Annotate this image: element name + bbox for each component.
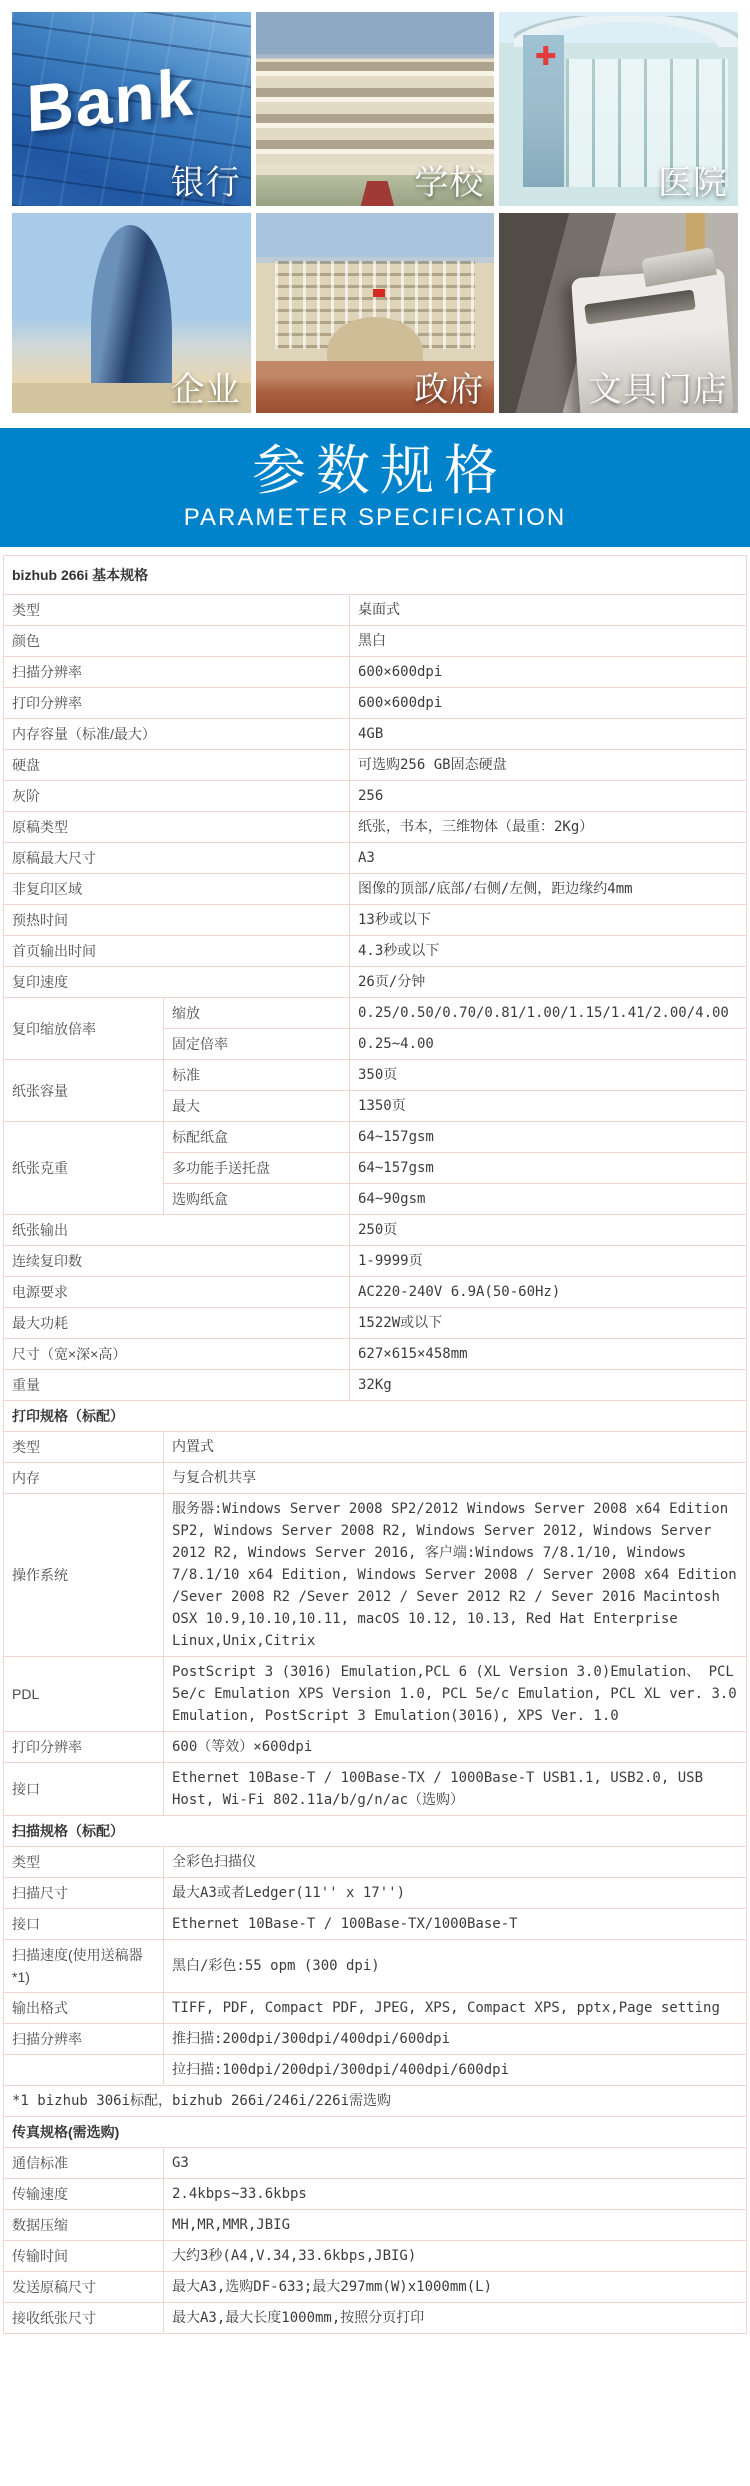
spec-table: bizhub 266i 基本规格类型桌面式颜色黑白扫描分辨率600×600dpi… xyxy=(3,555,747,2334)
scene-label: 企业 xyxy=(171,372,241,409)
section-title-row: 打印规格（标配） xyxy=(4,1401,747,1432)
spec-label-cell: 复印速度 xyxy=(4,967,350,998)
spec-label-cell: 扫描分辨率 xyxy=(4,657,350,688)
spec-row: 类型内置式 xyxy=(4,1432,747,1463)
scene-tile-enterprise: 企业 xyxy=(12,213,251,413)
spec-label-cell: 输出格式 xyxy=(4,1993,164,2024)
section-title: 传真规格(需选购) xyxy=(4,2117,747,2148)
spec-row: 扫描分辨率600×600dpi xyxy=(4,657,747,688)
spec-label-cell: 尺寸（宽×深×高） xyxy=(4,1339,350,1370)
spec-sublabel-cell: 最大 xyxy=(164,1091,350,1122)
spec-label-cell: 接口 xyxy=(4,1909,164,1940)
spec-value-cell: Ethernet 10Base-T / 100Base-TX / 1000Bas… xyxy=(164,1763,747,1816)
spec-row: 接口Ethernet 10Base-T / 100Base-TX/1000Bas… xyxy=(4,1909,747,1940)
spec-label-cell: 通信标准 xyxy=(4,2148,164,2179)
spec-value-cell: 600×600dpi xyxy=(350,688,747,719)
spec-label-cell: 扫描尺寸 xyxy=(4,1878,164,1909)
spec-row: 复印速度26页/分钟 xyxy=(4,967,747,998)
scene-label: 医院 xyxy=(658,165,728,202)
usage-scenes-grid: Bank银行学校✚医院企业政府文具门店 xyxy=(0,0,750,413)
spec-label-cell xyxy=(4,2055,164,2086)
spec-row: 操作系统服务器:Windows Server 2008 SP2/2012 Win… xyxy=(4,1494,747,1657)
spec-label-cell: 电源要求 xyxy=(4,1277,350,1308)
spec-label-cell: 硬盘 xyxy=(4,750,350,781)
scene-label: 文具门店 xyxy=(588,372,728,409)
section-title: 扫描规格（标配） xyxy=(4,1816,747,1847)
spec-row: 灰阶256 xyxy=(4,781,747,812)
spec-label-cell: 颜色 xyxy=(4,626,350,657)
spec-value-cell: 最大A3,选购DF-633;最大297mm(W)x1000mm(L) xyxy=(164,2272,747,2303)
spec-row: 内存与复合机共享 xyxy=(4,1463,747,1494)
spec-row: 纸张克重标配纸盒64~157gsm xyxy=(4,1122,747,1153)
banner-title: 参数规格 xyxy=(242,443,508,500)
spec-value-cell: 桌面式 xyxy=(350,595,747,626)
bottom-whitespace xyxy=(0,2334,750,2370)
spec-value-cell: 13秒或以下 xyxy=(350,905,747,936)
spec-value-cell: MH,MR,MMR,JBIG xyxy=(164,2210,747,2241)
spec-row: 非复印区域图像的顶部/底部/右侧/左侧，距边缘约4mm xyxy=(4,874,747,905)
spec-row: 原稿最大尺寸A3 xyxy=(4,843,747,874)
spec-row: 扫描分辨率推扫描:200dpi/300dpi/400dpi/600dpi xyxy=(4,2024,747,2055)
school-bands-shape xyxy=(256,62,495,163)
spec-sublabel-cell: 缩放 xyxy=(164,998,350,1029)
spec-row: 数据压缩MH,MR,MMR,JBIG xyxy=(4,2210,747,2241)
spec-row: 原稿类型纸张，书本，三维物体（最重：2Kg） xyxy=(4,812,747,843)
spec-value-cell: 4.3秒或以下 xyxy=(350,936,747,967)
spec-value-cell: 1350页 xyxy=(350,1091,747,1122)
spec-value-cell: 大约3秒(A4,V.34,33.6kbps,JBIG) xyxy=(164,2241,747,2272)
spec-label-cell: 灰阶 xyxy=(4,781,350,812)
scene-tile-gov: 政府 xyxy=(256,213,495,413)
spec-label-cell: 传输速度 xyxy=(4,2179,164,2210)
spec-row: 预热时间13秒或以下 xyxy=(4,905,747,936)
spec-label-cell: 打印分辨率 xyxy=(4,688,350,719)
spec-value-cell: 0.25~4.00 xyxy=(350,1029,747,1060)
spec-label-cell: 接口 xyxy=(4,1763,164,1816)
scene-label: 学校 xyxy=(414,165,484,202)
spec-sublabel-cell: 标配纸盒 xyxy=(164,1122,350,1153)
spec-value-cell: 64~157gsm xyxy=(350,1122,747,1153)
spec-value-cell: 600（等效）×600dpi xyxy=(164,1732,747,1763)
spec-row: 类型全彩色扫描仪 xyxy=(4,1847,747,1878)
product-spec-page: Bank银行学校✚医院企业政府文具门店 参数规格 PARAMETER SPECI… xyxy=(0,0,750,2370)
spec-value-cell: 64~157gsm xyxy=(350,1153,747,1184)
spec-value-cell: 内置式 xyxy=(164,1432,747,1463)
spec-value-cell: G3 xyxy=(164,2148,747,2179)
spec-value-cell: 全彩色扫描仪 xyxy=(164,1847,747,1878)
spec-value-cell: PostScript 3 (3016) Emulation,PCL 6 (XL … xyxy=(164,1657,747,1732)
spec-row: 首页输出时间4.3秒或以下 xyxy=(4,936,747,967)
section-title-row: 传真规格(需选购) xyxy=(4,2117,747,2148)
spec-row: 纸张输出250页 xyxy=(4,1215,747,1246)
spec-value-cell: 黑白/彩色:55 opm (300 dpi) xyxy=(164,1940,747,1993)
spec-value-cell: 600×600dpi xyxy=(350,657,747,688)
spec-label-cell: 类型 xyxy=(4,595,350,626)
spec-label-cell: 原稿最大尺寸 xyxy=(4,843,350,874)
spec-row: 打印分辨率600（等效）×600dpi xyxy=(4,1732,747,1763)
spec-value-cell: 最大A3,最大长度1000mm,按照分页打印 xyxy=(164,2303,747,2334)
spec-label-cell: 发送原稿尺寸 xyxy=(4,2272,164,2303)
spec-label-cell: 纸张克重 xyxy=(4,1122,164,1215)
spec-label-cell: 纸张容量 xyxy=(4,1060,164,1122)
spec-row: 拉扫描:100dpi/200dpi/300dpi/400dpi/600dpi xyxy=(4,2055,747,2086)
spec-label-cell: 数据压缩 xyxy=(4,2210,164,2241)
spec-row: 传输速度2.4kbps~33.6kbps xyxy=(4,2179,747,2210)
spec-label-cell: 非复印区域 xyxy=(4,874,350,905)
spec-row: 电源要求AC220-240V 6.9A(50-60Hz) xyxy=(4,1277,747,1308)
spec-value-cell: 256 xyxy=(350,781,747,812)
spec-row: 发送原稿尺寸最大A3,选购DF-633;最大297mm(W)x1000mm(L) xyxy=(4,2272,747,2303)
section-title-row: bizhub 266i 基本规格 xyxy=(4,556,747,595)
spec-label-cell: 传输时间 xyxy=(4,2241,164,2272)
spec-value-cell: 推扫描:200dpi/300dpi/400dpi/600dpi xyxy=(164,2024,747,2055)
spec-row: 重量32Kg xyxy=(4,1370,747,1401)
spec-value-cell: 纸张，书本，三维物体（最重：2Kg） xyxy=(350,812,747,843)
spec-label-cell: 打印分辨率 xyxy=(4,1732,164,1763)
spec-value-cell: TIFF, PDF, Compact PDF, JPEG, XPS, Compa… xyxy=(164,1993,747,2024)
section-title: 打印规格（标配） xyxy=(4,1401,747,1432)
bank-sign-text: Bank xyxy=(26,53,196,147)
spec-row: 传输时间大约3秒(A4,V.34,33.6kbps,JBIG) xyxy=(4,2241,747,2272)
spec-value-cell: 黑白 xyxy=(350,626,747,657)
spec-label-cell: 内存 xyxy=(4,1463,164,1494)
spec-value-cell: 26页/分钟 xyxy=(350,967,747,998)
spec-label-cell: 类型 xyxy=(4,1847,164,1878)
spec-value-cell: 与复合机共享 xyxy=(164,1463,747,1494)
spec-value-cell: 图像的顶部/底部/右侧/左侧，距边缘约4mm xyxy=(350,874,747,905)
spec-row: 复印缩放倍率缩放0.25/0.50/0.70/0.81/1.00/1.15/1.… xyxy=(4,998,747,1029)
spec-value-cell: 拉扫描:100dpi/200dpi/300dpi/400dpi/600dpi xyxy=(164,2055,747,2086)
spec-label-cell: 原稿类型 xyxy=(4,812,350,843)
gov-flag-shape xyxy=(373,289,385,297)
spec-row: 类型桌面式 xyxy=(4,595,747,626)
spec-row: 扫描速度(使用送稿器*1)黑白/彩色:55 opm (300 dpi) xyxy=(4,1940,747,1993)
spec-row: PDLPostScript 3 (3016) Emulation,PCL 6 (… xyxy=(4,1657,747,1732)
spec-value-cell: 可选购256 GB固态硬盘 xyxy=(350,750,747,781)
section-title-row: 扫描规格（标配） xyxy=(4,1816,747,1847)
spec-value-cell: 2.4kbps~33.6kbps xyxy=(164,2179,747,2210)
spec-value-cell: 1-9999页 xyxy=(350,1246,747,1277)
scene-tile-school: 学校 xyxy=(256,12,495,206)
spec-row: 硬盘可选购256 GB固态硬盘 xyxy=(4,750,747,781)
spec-row: 输出格式TIFF, PDF, Compact PDF, JPEG, XPS, C… xyxy=(4,1993,747,2024)
spec-row: 颜色黑白 xyxy=(4,626,747,657)
spec-value-cell: 32Kg xyxy=(350,1370,747,1401)
spec-label-cell: 最大功耗 xyxy=(4,1308,350,1339)
spec-sublabel-cell: 标准 xyxy=(164,1060,350,1091)
spec-value-cell: AC220-240V 6.9A(50-60Hz) xyxy=(350,1277,747,1308)
spec-label-cell: 纸张输出 xyxy=(4,1215,350,1246)
footnote: *1 bizhub 306i标配，bizhub 266i/246i/226i需选… xyxy=(4,2086,747,2117)
scene-tile-bank: Bank银行 xyxy=(12,12,251,206)
spec-row: 纸张容量标准350页 xyxy=(4,1060,747,1091)
spec-label-cell: 内存容量（标准/最大） xyxy=(4,719,350,750)
spec-row: *1 bizhub 306i标配，bizhub 266i/246i/226i需选… xyxy=(4,2086,747,2117)
scene-tile-copier: 文具门店 xyxy=(499,213,738,413)
spec-row: 打印分辨率600×600dpi xyxy=(4,688,747,719)
spec-value-cell: 1522W或以下 xyxy=(350,1308,747,1339)
spec-label-cell: 复印缩放倍率 xyxy=(4,998,164,1060)
spec-label-cell: 操作系统 xyxy=(4,1494,164,1657)
spec-sublabel-cell: 固定倍率 xyxy=(164,1029,350,1060)
spec-label-cell: 接收纸张尺寸 xyxy=(4,2303,164,2334)
spec-value-cell: 服务器:Windows Server 2008 SP2/2012 Windows… xyxy=(164,1494,747,1657)
section-title: bizhub 266i 基本规格 xyxy=(4,556,747,595)
spec-value-cell: 627×615×458mm xyxy=(350,1339,747,1370)
scene-label: 政府 xyxy=(414,372,484,409)
spec-label-cell: 扫描分辨率 xyxy=(4,2024,164,2055)
spec-banner: 参数规格 PARAMETER SPECIFICATION xyxy=(0,428,750,547)
spec-row: 扫描尺寸最大A3或者Ledger(11'' x 17'') xyxy=(4,1878,747,1909)
spec-label-cell: 扫描速度(使用送稿器*1) xyxy=(4,1940,164,1993)
spec-row: 接收纸张尺寸最大A3,最大长度1000mm,按照分页打印 xyxy=(4,2303,747,2334)
spec-label-cell: 预热时间 xyxy=(4,905,350,936)
scene-label: 银行 xyxy=(171,165,241,202)
spec-row: 最大功耗1522W或以下 xyxy=(4,1308,747,1339)
spec-value-cell: 350页 xyxy=(350,1060,747,1091)
spec-tables: bizhub 266i 基本规格类型桌面式颜色黑白扫描分辨率600×600dpi… xyxy=(0,547,750,2334)
spec-row: 通信标准G3 xyxy=(4,2148,747,2179)
spec-row: 接口Ethernet 10Base-T / 100Base-TX / 1000B… xyxy=(4,1763,747,1816)
spec-row: 内存容量（标准/最大）4GB xyxy=(4,719,747,750)
spec-label-cell: PDL xyxy=(4,1657,164,1732)
spec-sublabel-cell: 多功能手送托盘 xyxy=(164,1153,350,1184)
scene-tile-hospital: ✚医院 xyxy=(499,12,738,206)
spec-value-cell: 最大A3或者Ledger(11'' x 17'') xyxy=(164,1878,747,1909)
spec-label-cell: 首页输出时间 xyxy=(4,936,350,967)
spec-value-cell: A3 xyxy=(350,843,747,874)
spec-label-cell: 连续复印数 xyxy=(4,1246,350,1277)
spec-value-cell: 4GB xyxy=(350,719,747,750)
spec-value-cell: 0.25/0.50/0.70/0.81/1.00/1.15/1.41/2.00/… xyxy=(350,998,747,1029)
spec-value-cell: Ethernet 10Base-T / 100Base-TX/1000Base-… xyxy=(164,1909,747,1940)
spec-row: 连续复印数1-9999页 xyxy=(4,1246,747,1277)
spec-sublabel-cell: 选购纸盒 xyxy=(164,1184,350,1215)
spec-value-cell: 250页 xyxy=(350,1215,747,1246)
hospital-cross-icon: ✚ xyxy=(533,43,559,69)
enterprise-tower-shape xyxy=(91,225,172,389)
spec-value-cell: 64~90gsm xyxy=(350,1184,747,1215)
banner-subtitle: PARAMETER SPECIFICATION xyxy=(184,504,566,532)
spec-label-cell: 重量 xyxy=(4,1370,350,1401)
spec-row: 尺寸（宽×深×高）627×615×458mm xyxy=(4,1339,747,1370)
spec-label-cell: 类型 xyxy=(4,1432,164,1463)
